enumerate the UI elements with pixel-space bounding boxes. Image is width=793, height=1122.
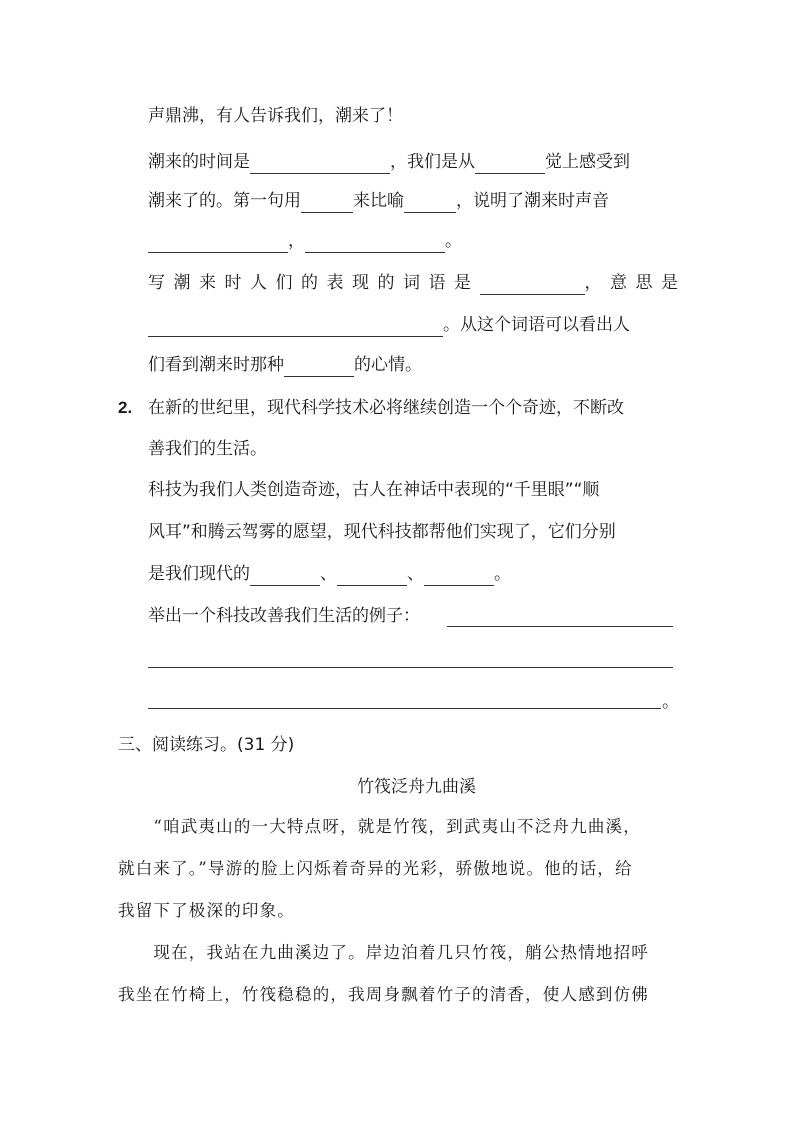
- text: ，: [288, 231, 305, 251]
- text: 来比喻: [353, 191, 404, 211]
- q2-fill-line: 是我们现代的、、。: [148, 562, 511, 586]
- answer-blank[interactable]: [337, 567, 407, 586]
- text: 们看到潮来时那种: [148, 355, 284, 375]
- answer-blank[interactable]: [250, 155, 390, 174]
- text: ，意思是: [585, 273, 687, 293]
- q1-text-line: 声鼎沸，有人告诉我们，潮来了！: [148, 104, 403, 128]
- period: 。: [662, 690, 679, 714]
- text: 。: [445, 231, 462, 251]
- answer-blank[interactable]: [250, 567, 320, 586]
- answer-line[interactable]: [148, 708, 661, 709]
- answer-blank[interactable]: [284, 358, 354, 377]
- text: 。从这个词语可以看出人: [443, 315, 630, 335]
- answer-blank[interactable]: [305, 234, 445, 253]
- text: 。: [494, 564, 511, 584]
- q2-prompt-line: 在新的世纪里，现代科学技术必将继续创造一个个奇迹，不断改: [148, 396, 624, 420]
- answer-blank[interactable]: [148, 318, 443, 337]
- answer-blank[interactable]: [424, 567, 494, 586]
- answer-blank[interactable]: [404, 194, 456, 213]
- q2-fill-line: 举出一个科技改善我们生活的例子：: [148, 604, 420, 628]
- q1-fill-line: 。从这个词语可以看出人: [148, 313, 630, 337]
- answer-blank[interactable]: [148, 234, 288, 253]
- answer-blank[interactable]: [301, 194, 353, 213]
- q1-fill-line: 潮来的时间是，我们是从觉上感受到: [148, 150, 630, 174]
- q2-text-line: 科技为我们人类创造奇迹，古人在神话中表现的“千里眼”“顺: [148, 478, 599, 502]
- article-paragraph-line: 就白来了。”导游的脸上闪烁着奇异的光彩，骄傲地说。他的话，给: [118, 857, 633, 881]
- q1-fill-line: 潮来了的。第一句用来比喻，说明了潮来时声音: [148, 189, 609, 213]
- text: 潮来了的。第一句用: [148, 191, 301, 211]
- q2-text-line: 风耳”和腾云驾雾的愿望，现代科技都帮他们实现了，它们分别: [148, 520, 616, 544]
- text: 觉上感受到: [545, 152, 630, 172]
- article-paragraph-line: 我坐在竹椅上，竹筏稳稳的，我周身飘着竹子的清香，使人感到仿佛: [118, 983, 649, 1007]
- q1-fill-line: 们看到潮来时那种的心情。: [148, 353, 422, 377]
- section-heading: 三、阅读练习。(31 分): [118, 733, 294, 757]
- q1-fill-line: 写潮来时人们的表现的词语是，意思是: [148, 271, 687, 295]
- text: 写潮来时人们的表现的词语是: [148, 273, 480, 293]
- separator: 、: [407, 564, 424, 584]
- answer-blank[interactable]: [480, 276, 585, 295]
- text: 举出一个科技改善我们生活的例子：: [148, 606, 420, 626]
- answer-blank[interactable]: [475, 155, 545, 174]
- article-paragraph-line: “咱武夷山的一大特点呀，就是竹筏，到武夷山不泛舟九曲溪，: [118, 815, 641, 839]
- answer-line[interactable]: [447, 626, 673, 627]
- article-paragraph-line: 现在，我站在九曲溪边了。岸边泊着几只竹筏，艄公热情地招呼: [118, 941, 649, 965]
- answer-line[interactable]: [148, 667, 673, 668]
- text: ，我们是从: [390, 152, 475, 172]
- separator: 、: [320, 564, 337, 584]
- question-number: 2.: [118, 396, 132, 420]
- article-title: 竹筏泛舟九曲溪: [0, 775, 793, 799]
- text: ，说明了潮来时声音: [456, 191, 609, 211]
- q2-prompt-line: 善我们的生活。: [148, 437, 267, 461]
- article-paragraph-line: 我留下了极深的印象。: [118, 899, 295, 923]
- text: 的心情。: [354, 355, 422, 375]
- text: 潮来的时间是: [148, 152, 250, 172]
- text: 是我们现代的: [148, 564, 250, 584]
- q1-fill-line: ，。: [148, 229, 462, 253]
